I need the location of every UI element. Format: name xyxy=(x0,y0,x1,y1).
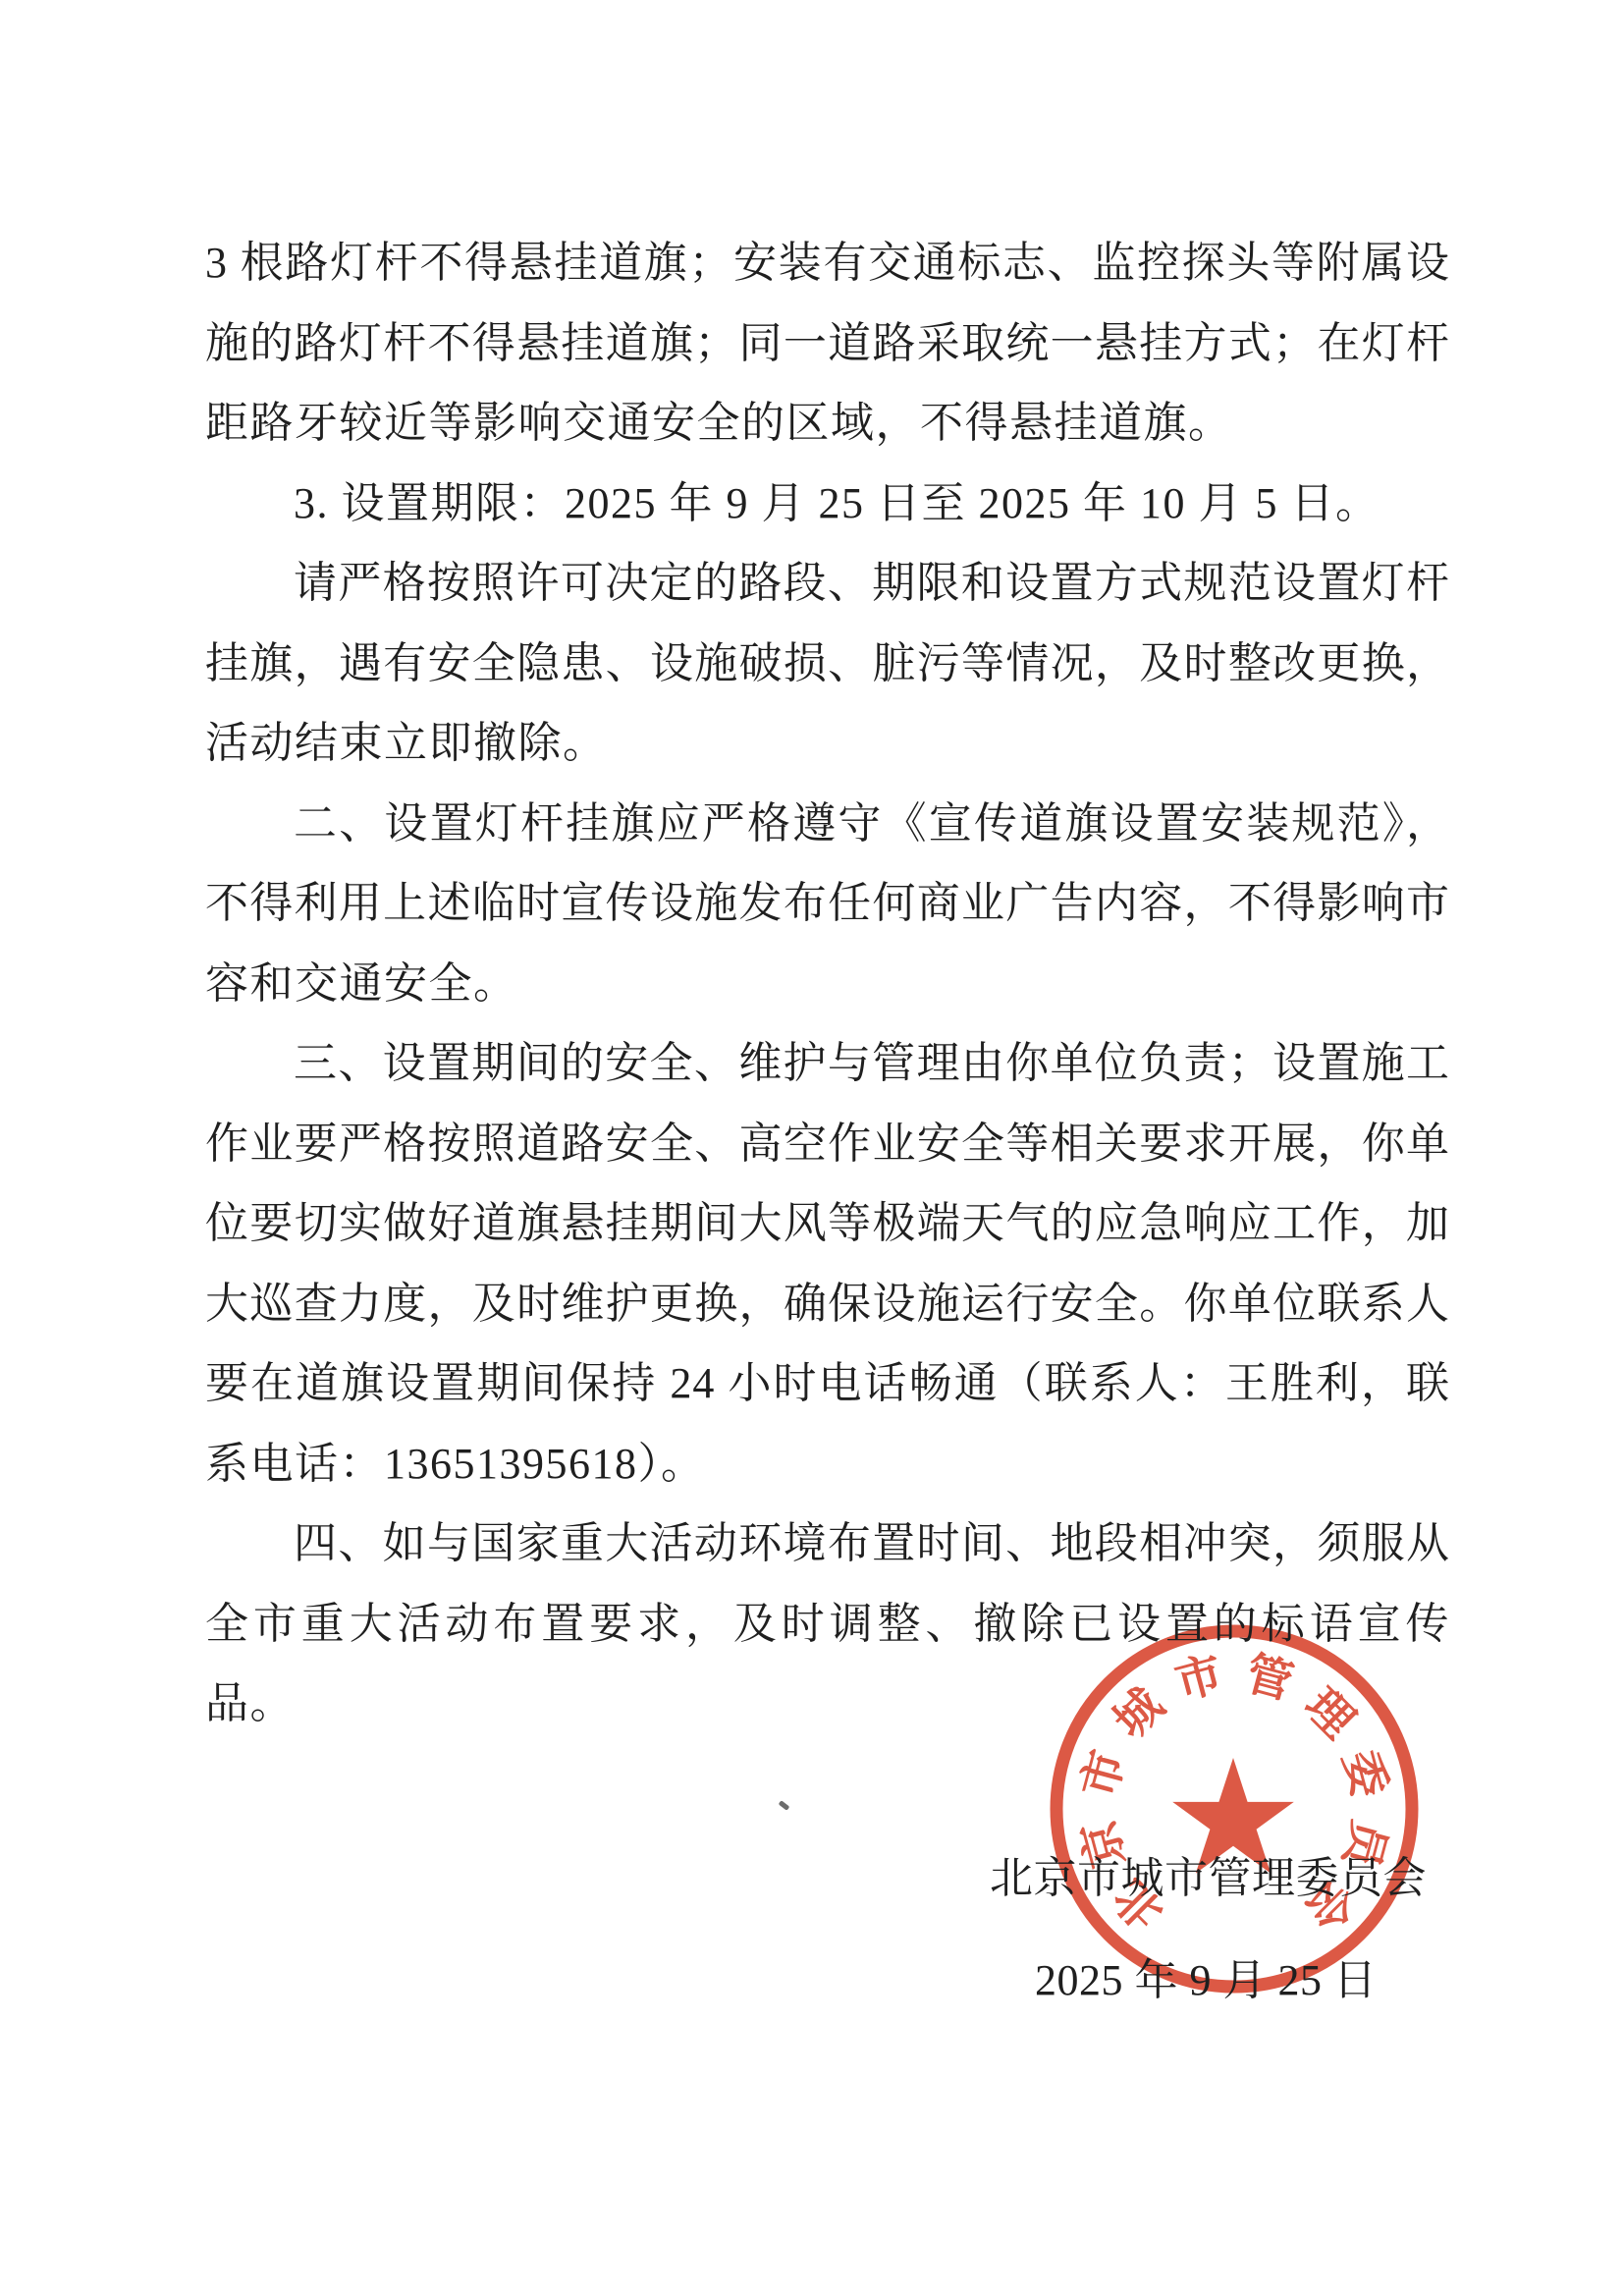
body-line: 三、设置期间的安全、维护与管理由你单位负责；设置施工 xyxy=(205,1023,1450,1104)
body-line: 二、设置灯杆挂旗应严格遵守《宣传道旗设置安装规范》， xyxy=(205,784,1450,864)
body-line: 作业要严格按照道路安全、高空作业安全等相关要求开展，你单 xyxy=(205,1104,1450,1184)
seal-character: 市 xyxy=(1074,1745,1135,1803)
body-line: 要在道旗设置期间保持 24 小时电话畅通（联系人：王胜利，联 xyxy=(205,1343,1450,1424)
document-body: 3 根路灯杆不得悬挂道旗；安装有交通标志、监控探头等附属设施的路灯杆不得悬挂道旗… xyxy=(205,223,1450,1664)
body-line: 不得利用上述临时宣传设施发布任何商业广告内容，不得影响市 xyxy=(205,863,1450,944)
body-line: 请严格按照许可决定的路段、期限和设置方式规范设置灯杆 xyxy=(205,543,1450,624)
document-page: 3 根路灯杆不得悬挂道旗；安装有交通标志、监控探头等附属设施的路灯杆不得悬挂道旗… xyxy=(0,0,1623,2296)
body-line: 位要切实做好道旗悬挂期间大风等极端天气的应急响应工作，加 xyxy=(205,1183,1450,1264)
body-line: 容和交通安全。 xyxy=(205,944,1450,1024)
body-line: 3 根路灯杆不得悬挂道旗；安装有交通标志、监控探头等附属设 xyxy=(205,223,1450,303)
body-line: 系电话：13651395618）。 xyxy=(205,1424,1450,1504)
body-line: 挂旗，遇有安全隐患、设施破损、脏污等情况，及时整改更换， xyxy=(205,624,1450,704)
seal-character: 理 xyxy=(1295,1679,1364,1748)
official-seal: 北京市城市管理委员会 xyxy=(1038,1613,1431,2005)
body-line: 大巡查力度，及时维护更换，确保设施运行安全。你单位联系人 xyxy=(205,1264,1450,1344)
signature-org: 北京市城市管理委员会 xyxy=(990,1850,1432,1907)
body-line: 施的路灯杆不得悬挂道旗；同一道路采取统一悬挂方式；在灯杆 xyxy=(205,303,1450,384)
seal-character: 城 xyxy=(1105,1679,1173,1748)
body-line: 3. 设置期限：2025 年 9 月 25 日至 2025 年 10 月 5 日… xyxy=(205,464,1450,544)
body-line: 活动结束立即撤除。 xyxy=(205,703,1450,784)
scan-speck xyxy=(779,1800,790,1811)
body-line: 全市重大活动布置要求，及时调整、撤除已设置的标语宣传品。 xyxy=(205,1584,1450,1665)
seal-character: 委 xyxy=(1333,1745,1394,1803)
body-line: 距路牙较近等影响交通安全的区域，不得悬挂道旗。 xyxy=(205,383,1450,464)
signature-date: 2025 年 9 月 25 日 xyxy=(1035,1952,1378,2009)
body-line: 四、如与国家重大活动环境布置时间、地段相冲突，须服从 xyxy=(205,1503,1450,1584)
